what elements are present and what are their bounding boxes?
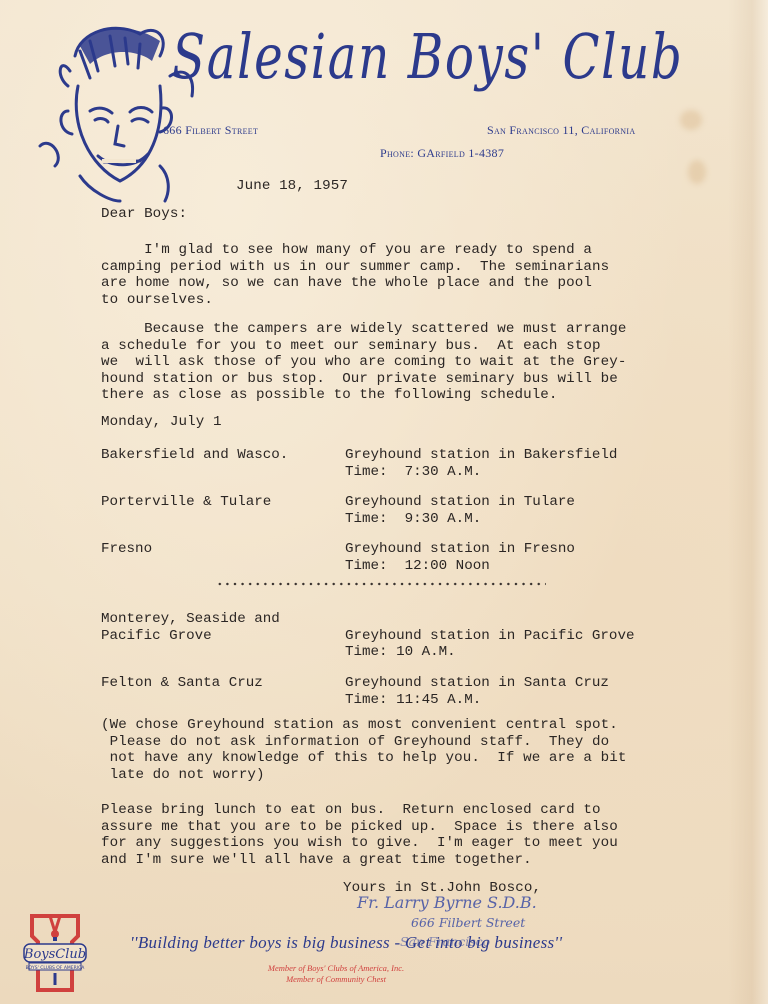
schedule-place: Monterey, Seaside and Pacific Grove (101, 611, 280, 644)
schedule-time: Time: 12:00 Noon (345, 558, 490, 575)
schedule-station: Greyhound station in Fresno (345, 541, 575, 558)
footer-motto: ''Building better boys is big business -… (130, 933, 562, 953)
signature-name: Fr. Larry Byrne S.D.B. (357, 893, 537, 912)
schedule-row: Bakersfield and Wasco. Greyhound station… (101, 447, 661, 487)
schedule-station: Greyhound station in Santa Cruz (345, 675, 609, 692)
membership-line: Member of Boys' Clubs of America, Inc. (236, 963, 436, 973)
paragraph-schedule-intro: Because the campers are widely scattered… (101, 321, 626, 404)
svg-text:BOYS' CLUBS OF AMERICA: BOYS' CLUBS OF AMERICA (26, 965, 86, 971)
schedule-place: Porterville & Tulare (101, 494, 271, 511)
paper-stain (688, 160, 706, 184)
greyhound-note: (We chose Greyhound station as most conv… (101, 717, 626, 783)
salutation: Dear Boys: (101, 206, 187, 223)
schedule-time: Time: 10 A.M. (345, 644, 456, 661)
organization-title: Salesian Boys' Club (172, 20, 609, 93)
schedule-row: Monterey, Seaside and Pacific Grove Grey… (101, 611, 661, 669)
schedule-row: Porterville & Tulare Greyhound station i… (101, 494, 661, 534)
letter-date: June 18, 1957 (236, 178, 348, 195)
letterhead-phone: Phone: GArfield 1-4387 (380, 146, 504, 161)
paragraph-intro: I'm glad to see how many of you are read… (101, 242, 609, 308)
boys-club-keystone-logo-icon: BoysClub BOYS' CLUBS OF AMERICA (22, 912, 88, 996)
membership-line: Member of Community Chest (236, 974, 436, 984)
schedule-place: Bakersfield and Wasco. (101, 447, 288, 464)
letterhead-city: San Francisco 11, California (487, 123, 635, 138)
schedule-time: Time: 11:45 A.M. (345, 692, 481, 709)
paper-stain (680, 110, 702, 130)
paragraph-closing: Please bring lunch to eat on bus. Return… (101, 802, 618, 868)
schedule-station: Greyhound station in Tulare (345, 494, 575, 511)
signature-street: 666 Filbert Street (411, 915, 525, 930)
schedule-day: Monday, July 1 (101, 414, 222, 431)
dotted-divider (216, 582, 546, 586)
schedule-row: Fresno Greyhound station in Fresno Time:… (101, 541, 661, 581)
schedule-time: Time: 9:30 A.M. (345, 511, 481, 528)
schedule-station: Greyhound station in Pacific Grove (345, 628, 634, 645)
schedule-place: Felton & Santa Cruz (101, 675, 263, 692)
paper-edge-fold (728, 0, 768, 1004)
schedule-row: Felton & Santa Cruz Greyhound station in… (101, 675, 661, 715)
schedule-station: Greyhound station in Bakersfield (345, 447, 617, 464)
letterhead-street: 666 Filbert Street (163, 123, 258, 138)
schedule-place: Fresno (101, 541, 152, 558)
schedule-time: Time: 7:30 A.M. (345, 464, 481, 481)
svg-text:BoysClub: BoysClub (23, 947, 86, 962)
